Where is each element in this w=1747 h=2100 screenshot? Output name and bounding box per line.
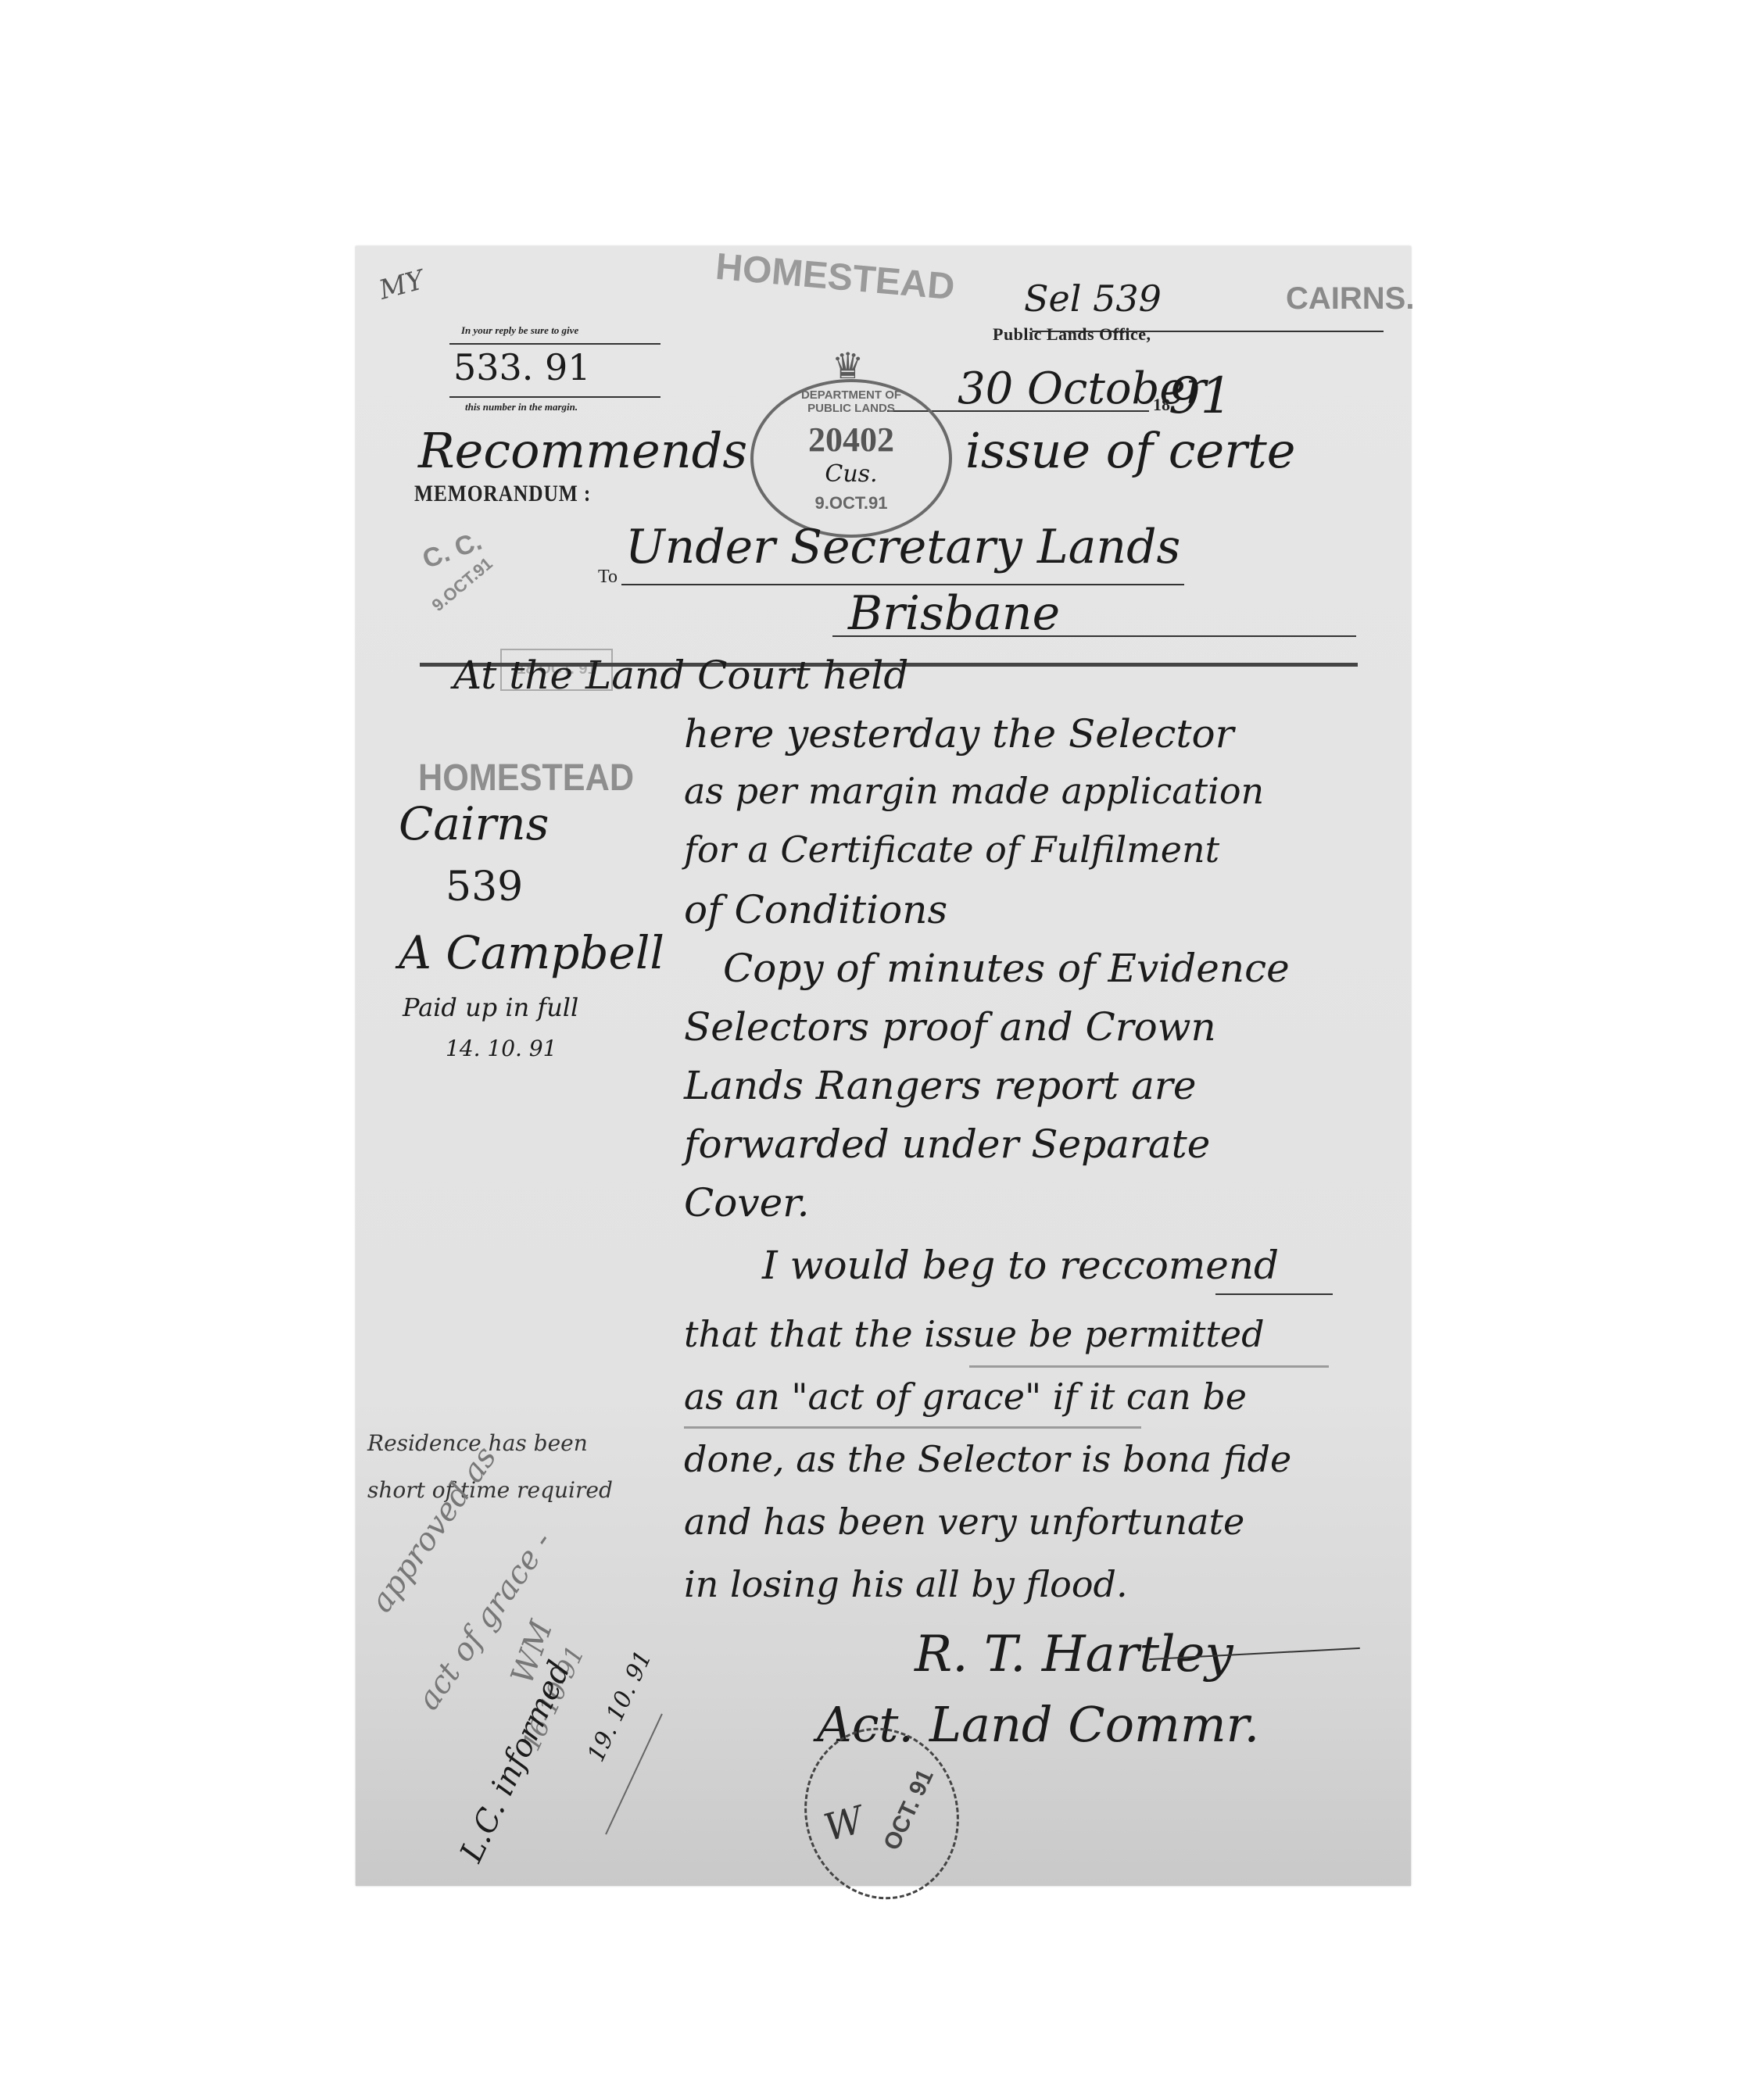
received-stamp-initials: W bbox=[819, 1798, 868, 1851]
body-line: for a Certificate of Fulfilment bbox=[684, 828, 1219, 871]
year-suffix: 91 bbox=[1169, 367, 1232, 425]
body-line: as per margin made application bbox=[684, 770, 1264, 812]
received-stamp-date: OCT. 91 bbox=[879, 1766, 939, 1855]
body-line: I would beg to reccomend bbox=[762, 1243, 1279, 1288]
dept-public-lands-stamp: ♛ DEPARTMENT OF PUBLIC LANDS 20402 Cus. … bbox=[750, 379, 952, 538]
pencil-underline-issue bbox=[969, 1365, 1329, 1368]
margin-paid-note: Paid up in full bbox=[403, 993, 578, 1022]
memorandum-page: MY HOMESTEAD Sel 539 CAIRNS. Public Land… bbox=[356, 246, 1411, 1886]
signature-name: R. T. Hartley bbox=[915, 1626, 1233, 1683]
addressee-underline-1 bbox=[621, 584, 1184, 585]
subject-part2: issue of certe bbox=[965, 422, 1295, 479]
addressee-line2: Brisbane bbox=[848, 586, 1060, 641]
body-line: that that the issue be permitted bbox=[684, 1313, 1265, 1355]
reply-rule-top bbox=[449, 343, 660, 345]
pencil-underline-act-of-grace bbox=[684, 1426, 1141, 1429]
reply-rule-bottom bbox=[449, 396, 660, 398]
body-line: done, as the Selector is bona fide bbox=[684, 1438, 1291, 1480]
memo-label: MEMORANDUM : bbox=[414, 481, 591, 507]
margin-selection-number: 539 bbox=[446, 864, 523, 910]
body-line: of Conditions bbox=[684, 887, 947, 932]
margin-district: Cairns bbox=[399, 797, 549, 850]
subject-part1: Recommends bbox=[418, 422, 747, 479]
corner-initials: MY bbox=[376, 264, 428, 306]
year-prefix: 18 bbox=[1153, 395, 1170, 415]
homestead-stamp-top: HOMESTEAD bbox=[714, 245, 956, 309]
crown-icon: ♛ bbox=[832, 345, 864, 387]
stamp-number: 20402 bbox=[754, 420, 949, 460]
reply-instruction-top: In your reply be sure to give bbox=[461, 324, 578, 337]
addressee-underline-2 bbox=[832, 635, 1356, 637]
body-line: forwarded under Separate bbox=[684, 1122, 1210, 1167]
margin-residence-note-2: short of time required bbox=[367, 1477, 613, 1503]
stamp-initials: Cus. bbox=[754, 460, 949, 488]
stamp-ring-text: DEPARTMENT OF PUBLIC LANDS bbox=[781, 388, 922, 415]
office-heading: Public Lands Office, bbox=[993, 324, 1151, 345]
district-stamp: CAIRNS. bbox=[1286, 281, 1414, 317]
margin-homestead-stamp: HOMESTEAD bbox=[418, 757, 634, 800]
body-line: Cover. bbox=[684, 1180, 810, 1225]
body-line: Lands Rangers report are bbox=[684, 1063, 1196, 1108]
reply-number: 533. 91 bbox=[453, 346, 591, 388]
margin-selector-name: A Campbell bbox=[399, 926, 664, 979]
body-line: and has been very unfortunate bbox=[684, 1501, 1244, 1543]
body-line: as an "act of grace" if it can be bbox=[684, 1376, 1247, 1418]
reply-instruction-bottom: this number in the margin. bbox=[465, 401, 578, 413]
margin-informed-note: L.C. informed bbox=[453, 1655, 578, 1867]
body-line: here yesterday the Selector bbox=[684, 711, 1234, 757]
selection-ref: Sel 539 bbox=[1024, 277, 1162, 320]
body-line: in losing his all by flood. bbox=[684, 1563, 1128, 1605]
addressee-line1: Under Secretary Lands bbox=[625, 520, 1180, 574]
to-label: To bbox=[598, 567, 618, 588]
body-line: At the Land Court held bbox=[453, 653, 908, 698]
margin-paid-date: 14. 10. 91 bbox=[446, 1036, 557, 1061]
stamp-date: 9.OCT.91 bbox=[754, 493, 949, 513]
recommend-tail bbox=[1215, 1293, 1333, 1295]
body-line: Copy of minutes of Evidence bbox=[723, 946, 1290, 991]
body-line: Selectors proof and Crown bbox=[684, 1004, 1216, 1050]
